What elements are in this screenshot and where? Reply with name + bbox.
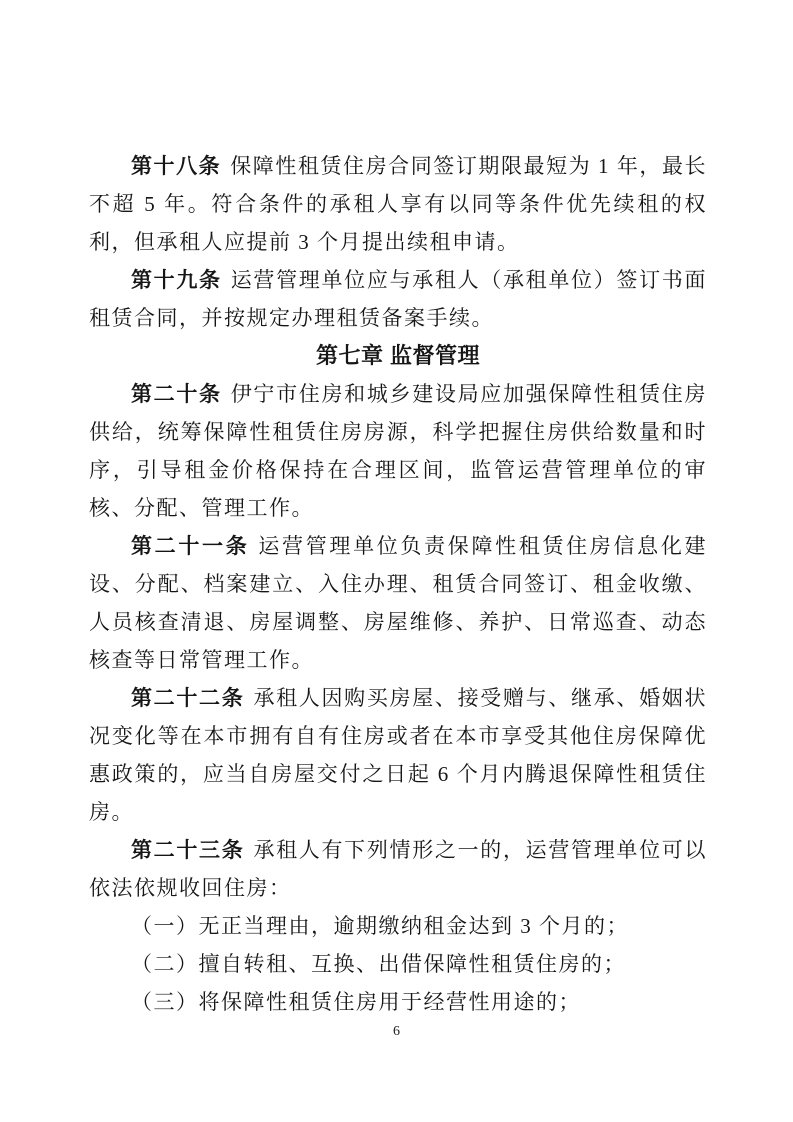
chapter-7-heading: 第七章 监督管理 xyxy=(89,337,707,375)
document-body: 第十八条保障性租赁住房合同签订期限最短为 1 年，最长不超 5 年。符合条件的承… xyxy=(89,147,707,1021)
paragraph-article-20: 第二十条伊宁市住房和城乡建设局应加强保障性租赁住房供给，统筹保障性租赁住房房源，… xyxy=(89,375,707,527)
paragraph-article-18: 第十八条保障性租赁住房合同签订期限最短为 1 年，最长不超 5 年。符合条件的承… xyxy=(89,147,707,261)
document-page: 第十八条保障性租赁住房合同签订期限最短为 1 年，最长不超 5 年。符合条件的承… xyxy=(0,0,793,1122)
article-19-label: 第十九条 xyxy=(131,268,222,292)
article-22-label: 第二十二条 xyxy=(131,686,244,710)
article-21-label: 第二十一条 xyxy=(131,534,249,558)
list-item-1: （一）无正当理由，逾期缴纳租金达到 3 个月的； xyxy=(89,907,707,945)
list-item-3: （三）将保障性租赁住房用于经营性用途的； xyxy=(89,983,707,1021)
paragraph-article-19: 第十九条运营管理单位应与承租人（承租单位）签订书面租赁合同，并按规定办理租赁备案… xyxy=(89,261,707,337)
article-20-label: 第二十条 xyxy=(131,382,222,406)
article-18-label: 第十八条 xyxy=(131,154,221,178)
list-item-2: （二）擅自转租、互换、出借保障性租赁住房的； xyxy=(89,945,707,983)
paragraph-article-23: 第二十三条承租人有下列情形之一的，运营管理单位可以依法依规收回住房： xyxy=(89,831,707,907)
paragraph-article-22: 第二十二条承租人因购买房屋、接受赠与、继承、婚姻状况变化等在本市拥有自有住房或者… xyxy=(89,679,707,831)
paragraph-article-21: 第二十一条运营管理单位负责保障性租赁住房信息化建设、分配、档案建立、入住办理、租… xyxy=(89,527,707,679)
page-number: 6 xyxy=(0,1022,793,1042)
article-23-label: 第二十三条 xyxy=(131,838,244,862)
